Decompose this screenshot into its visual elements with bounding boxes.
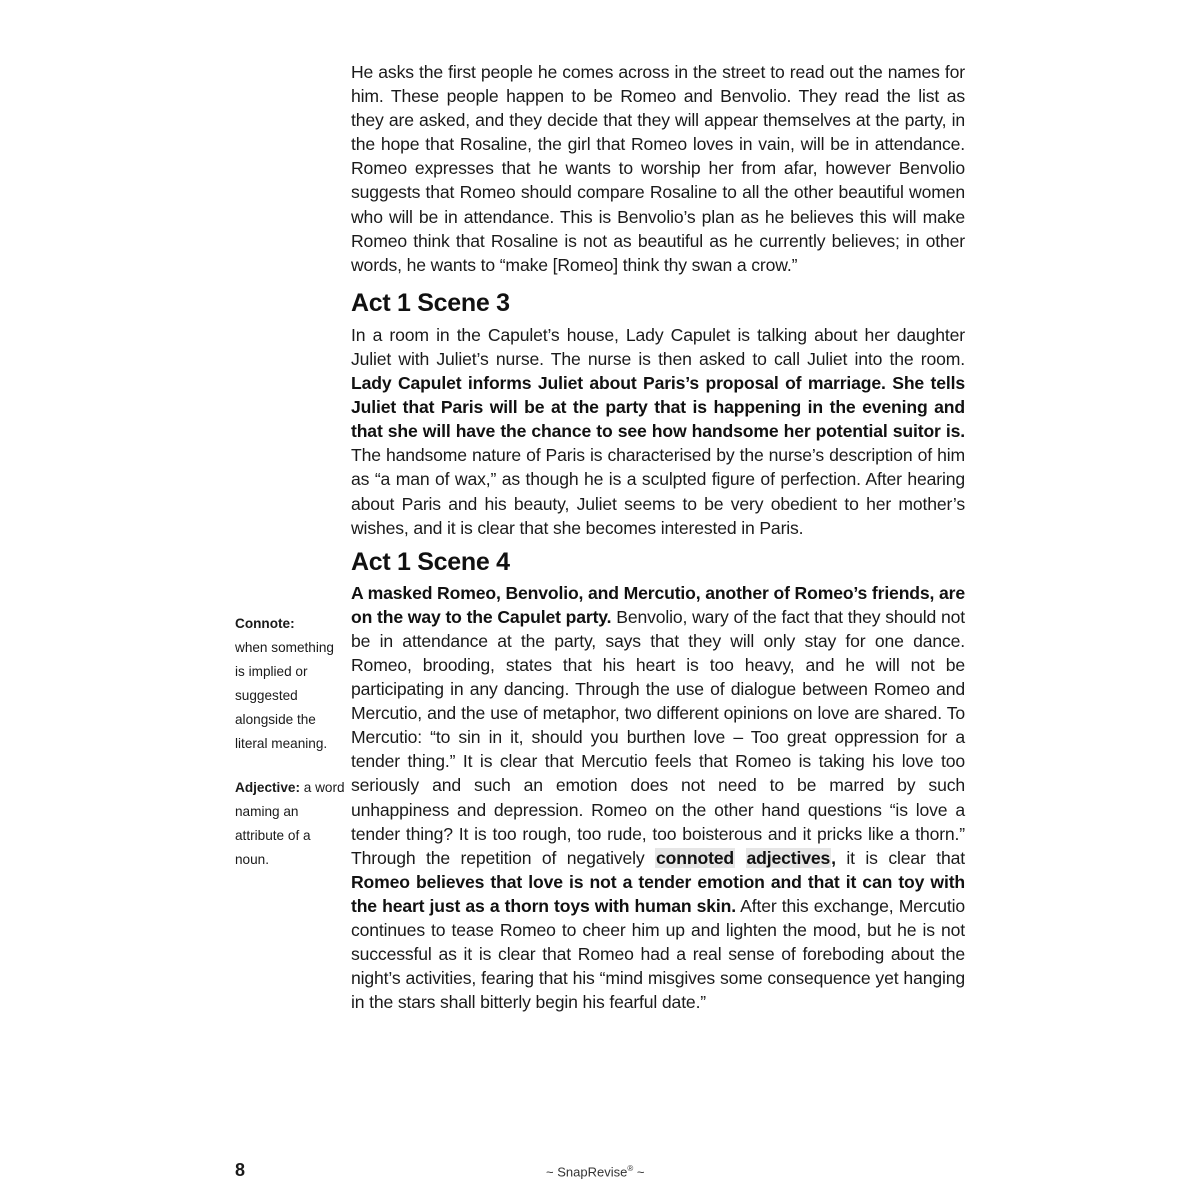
footer-brand: ~ SnapRevise® ~ (546, 1164, 644, 1179)
highlight-connoted: connoted (655, 848, 735, 868)
scene4-text-1: Benvolio, wary of the fact that they sho… (351, 607, 965, 868)
page-number: 8 (235, 1160, 245, 1181)
glossary-entry-adjective: Adjective: a word naming an attribute of… (235, 776, 345, 872)
heading-act1-scene3: Act 1 Scene 3 (351, 288, 965, 318)
glossary-term: Connote: (235, 616, 295, 631)
highlight-adjectives: adjectives (746, 848, 832, 868)
scene3-bold-1: Lady Capulet informs Juliet about Paris’… (351, 373, 965, 441)
glossary-term: Adjective: (235, 780, 300, 795)
scene4-text-2: it is clear that (836, 848, 965, 868)
intro-paragraph: He asks the first people he comes across… (351, 60, 965, 277)
scene3-paragraph: In a room in the Capulet’s house, Lady C… (351, 323, 965, 540)
brand-name: SnapRevise (557, 1164, 627, 1179)
scene3-text-1: In a room in the Capulet’s house, Lady C… (351, 325, 965, 369)
main-content: He asks the first people he comes across… (351, 60, 965, 1014)
heading-act1-scene4: Act 1 Scene 4 (351, 547, 965, 577)
glossary-entry-connote: Connote:when something is implied or sug… (235, 612, 345, 757)
glossary-sidebar: Connote:when something is implied or sug… (235, 612, 345, 872)
scene4-paragraph: A masked Romeo, Benvolio, and Mercutio, … (351, 581, 965, 1015)
glossary-definition: when something is implied or suggested a… (235, 640, 334, 751)
registered-mark: ® (627, 1164, 633, 1173)
tilde-right: ~ (637, 1164, 645, 1179)
tilde-left: ~ (546, 1164, 554, 1179)
scene3-text-2: The handsome nature of Paris is characte… (351, 445, 965, 537)
